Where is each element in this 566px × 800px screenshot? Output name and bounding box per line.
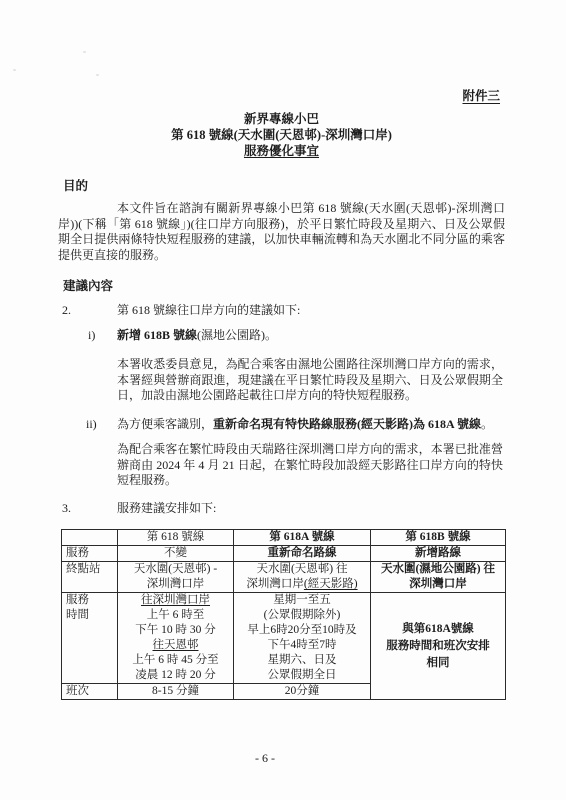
purpose-heading: 目的 (63, 176, 88, 194)
hours-618a-line: 星期六、日及 (236, 653, 368, 668)
appendix-label: 附件三 (462, 86, 500, 104)
scan-speckle (13, 69, 16, 71)
frequency-row-label: 班次 (62, 684, 118, 700)
hours-618a-line: 公眾假期全日 (236, 668, 368, 683)
item-2-text: 第 618 號線往口岸方向的建議如下: (117, 303, 300, 319)
proposal-item-ii: ii) 為方便乘客識別，重新命名現有特快路線服務(經天影路)為 618A 號線。 (86, 417, 503, 433)
proposal-item-2: 2. 第 618 號線往口岸方向的建議如下: (62, 303, 503, 319)
item-ii-text: 為方便乘客識別，重新命名現有特快路線服務(經天影路)為 618A 號線。 (117, 417, 493, 433)
terminus-618-line2: 深圳灣口岸 (120, 577, 231, 592)
terminus-618b: 天水圍(濕地公園路) 往 深圳灣口岸 (371, 562, 506, 593)
frequency-618a: 20分鐘 (234, 684, 371, 700)
service-arrangement-table: 第 618 號線 第 618A 號線 第 618B 號線 服務 不變 重新命名路… (61, 529, 506, 700)
item-i-text: 新增 618B 號線(濕地公園路)。 (117, 328, 277, 344)
item-3-text: 服務建議安排如下: (117, 501, 216, 517)
title-underlined: 服務優化事宜 (244, 144, 319, 158)
item-i-paragraph: 本署收悉委員意見，為配合乘客由濕地公園路往深圳灣口岸方向的需求，本署經與營辦商跟… (117, 357, 503, 404)
terminus-618a: 天水圍(天恩邨) 往 深圳灣口岸(經天影路) (234, 562, 371, 593)
document-page: 附件三 新界專線小巴 第 618 號線(天水圍(天恩邨)-深圳灣口岸) 服務優化… (0, 0, 566, 800)
item-ii-bold: 重新命名現有特快路線服務(經天影路)為 618A 號線 (213, 417, 481, 431)
terminus-row-label: 終點站 (62, 562, 118, 593)
hours-618-time2b: 凌晨 12 時 20 分 (120, 668, 231, 683)
frequency-618: 8-15 分鐘 (118, 684, 234, 700)
item-i-rest: (濕地公園路)。 (197, 328, 277, 342)
service-618a: 重新命名路線 (234, 546, 371, 562)
hours-618b-merged: 與第618A號線 服務時間和班次安排 相同 (371, 593, 506, 700)
hours-618-direction1: 往深圳灣口岸 (120, 593, 231, 608)
header-618a: 第 618A 號線 (234, 530, 371, 546)
service-row-label: 服務 (62, 546, 118, 562)
proposal-item-i: i) 新增 618B 號線(濕地公園路)。 (88, 328, 503, 344)
header-618: 第 618 號線 (118, 530, 234, 546)
title-line-2: 第 618 號線(天水圍(天恩邨)-深圳灣口岸) (58, 127, 505, 143)
terminus-618b-line2: 深圳灣口岸 (373, 577, 503, 592)
hours-label-line1: 服務 (66, 593, 115, 608)
terminus-618a-plain: 深圳灣口岸 (246, 578, 304, 590)
hours-618a-line: (公眾假期除外) (236, 608, 368, 623)
hours-618b-line: 相同 (373, 655, 503, 672)
scan-speckle (83, 51, 86, 53)
item-i-bold: 新增 618B 號線 (117, 328, 197, 342)
hours-618-time1b: 下午 10 時 30 分 (120, 623, 231, 638)
document-title: 新界專線小巴 第 618 號線(天水圍(天恩邨)-深圳灣口岸) 服務優化事宜 (58, 111, 505, 159)
table-header-row: 第 618 號線 第 618A 號線 第 618B 號線 (62, 530, 506, 546)
hours-618-time2a: 上午 6 時 45 分至 (120, 653, 231, 668)
service-618b: 新增路線 (371, 546, 506, 562)
hours-618a: 星期一至五 (公眾假期除外) 早上6時20分至10時及 下午4時至7時 星期六、… (234, 593, 371, 684)
header-618b: 第 618B 號線 (371, 530, 506, 546)
header-blank-cell (62, 530, 118, 546)
proposal-item-3: 3. 服務建議安排如下: (62, 501, 503, 517)
page-number: - 6 - (0, 751, 530, 766)
hours-618b-line: 服務時間和班次安排 (373, 638, 503, 655)
hours-618a-line: 早上6時20分至10時及 (236, 623, 368, 638)
terminus-618a-line1: 天水圍(天恩邨) 往 (236, 562, 368, 577)
terminus-618: 天水圍(天恩邨) - 深圳灣口岸 (118, 562, 234, 593)
table-hours-row: 服務 時間 往深圳灣口岸 上午 6 時至 下午 10 時 30 分 往天恩邨 上… (62, 593, 506, 684)
hours-618b-line: 與第618A號線 (373, 621, 503, 638)
item-ii-suffix: 。 (481, 417, 493, 431)
hours-618: 往深圳灣口岸 上午 6 時至 下午 10 時 30 分 往天恩邨 上午 6 時 … (118, 593, 234, 684)
terminus-618b-line1: 天水圍(濕地公園路) 往 (373, 562, 503, 577)
hours-618-direction2: 往天恩邨 (120, 638, 231, 653)
purpose-paragraph: 本文件旨在諮詢有關新界專線小巴第 618 號線(天水圍(天恩邨)-深圳灣口岸))… (58, 201, 505, 263)
item-i-number: i) (88, 328, 117, 344)
terminus-618-line1: 天水圍(天恩邨) - (120, 562, 231, 577)
scan-speckle (96, 74, 99, 76)
item-ii-paragraph: 為配合乘客在繁忙時段由天瑞路往深圳灣口岸方向的需求，本署已批准營辦商由 2024… (117, 442, 503, 489)
terminus-618a-line2: 深圳灣口岸(經天影路) (236, 577, 368, 592)
item-ii-prefix: 為方便乘客識別， (117, 417, 213, 431)
hours-618-time1a: 上午 6 時至 (120, 608, 231, 623)
item-2-number: 2. (62, 303, 117, 319)
title-line-3: 服務優化事宜 (58, 143, 505, 159)
title-line-1: 新界專線小巴 (58, 111, 505, 127)
proposal-heading: 建議內容 (63, 276, 113, 294)
hours-618a-line: 星期一至五 (236, 593, 368, 608)
hours-618a-line: 下午4時至7時 (236, 638, 368, 653)
service-618: 不變 (118, 546, 234, 562)
table-service-row: 服務 不變 重新命名路線 新增路線 (62, 546, 506, 562)
hours-row-label: 服務 時間 (62, 593, 118, 684)
item-3-number: 3. (62, 501, 117, 517)
table-terminus-row: 終點站 天水圍(天恩邨) - 深圳灣口岸 天水圍(天恩邨) 往 深圳灣口岸(經天… (62, 562, 506, 593)
hours-label-line2: 時間 (66, 608, 115, 623)
item-ii-number: ii) (86, 417, 117, 433)
terminus-618a-via: (經天影路) (304, 578, 358, 590)
